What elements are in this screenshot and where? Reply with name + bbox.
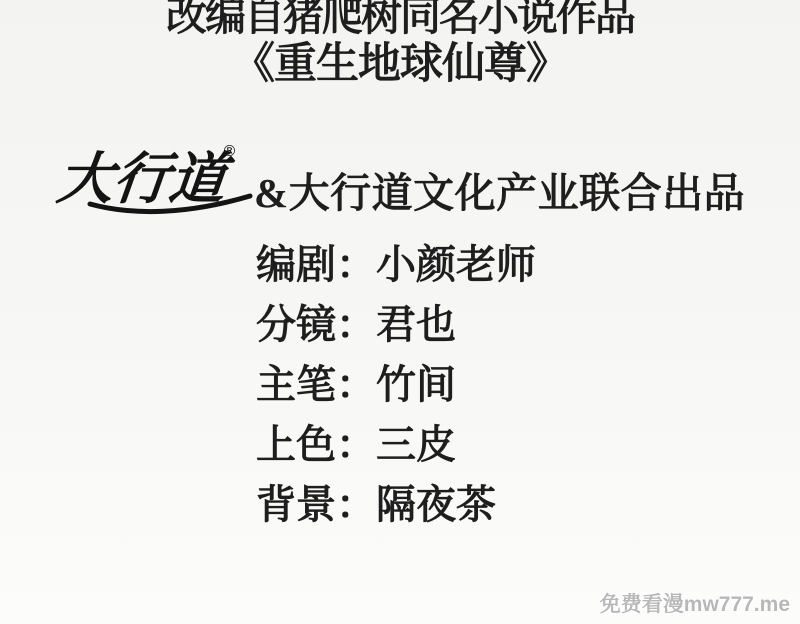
- registered-mark-icon: ®: [222, 142, 237, 160]
- watermark-text: 免费看漫: [600, 593, 684, 616]
- credit-role-label: 主笔：: [256, 362, 376, 407]
- credit-row-coloring: 上色：三皮: [256, 415, 536, 475]
- watermark: 免费看漫mw777.me: [600, 588, 790, 618]
- credits-list: 编剧：小颜老师 分镜：君也 主笔：竹间 上色：三皮 背景：隔夜茶: [256, 235, 536, 535]
- daxingdao-studio-logo: 大行道 ®: [54, 136, 259, 222]
- watermark-site: mw777.me: [684, 593, 790, 616]
- credit-name: 小颜老师: [376, 242, 536, 287]
- credit-name: 三皮: [376, 422, 456, 467]
- credit-row-storyboard: 分镜：君也: [256, 295, 536, 355]
- credit-name: 隔夜茶: [376, 482, 496, 527]
- credit-row-lead-artist: 主笔：竹间: [256, 355, 536, 415]
- credit-name: 竹间: [376, 362, 456, 407]
- credit-row-background: 背景：隔夜茶: [256, 475, 536, 535]
- series-title: 《重生地球仙尊》: [0, 30, 800, 91]
- comic-credits-page: 改编自猪爬树同名小说作品 《重生地球仙尊》 大行道 ® &大行道文化产业联合出品…: [0, 0, 800, 624]
- credit-role-label: 背景：: [256, 482, 376, 527]
- credit-role-label: 分镜：: [256, 302, 376, 347]
- credit-row-screenwriter: 编剧：小颜老师: [256, 235, 536, 295]
- publisher-line: &大行道文化产业联合出品: [254, 160, 745, 219]
- credit-role-label: 上色：: [256, 422, 376, 467]
- logo-brand-text: 大行道: [54, 146, 238, 212]
- credit-role-label: 编剧：: [256, 242, 376, 287]
- credit-name: 君也: [376, 302, 456, 347]
